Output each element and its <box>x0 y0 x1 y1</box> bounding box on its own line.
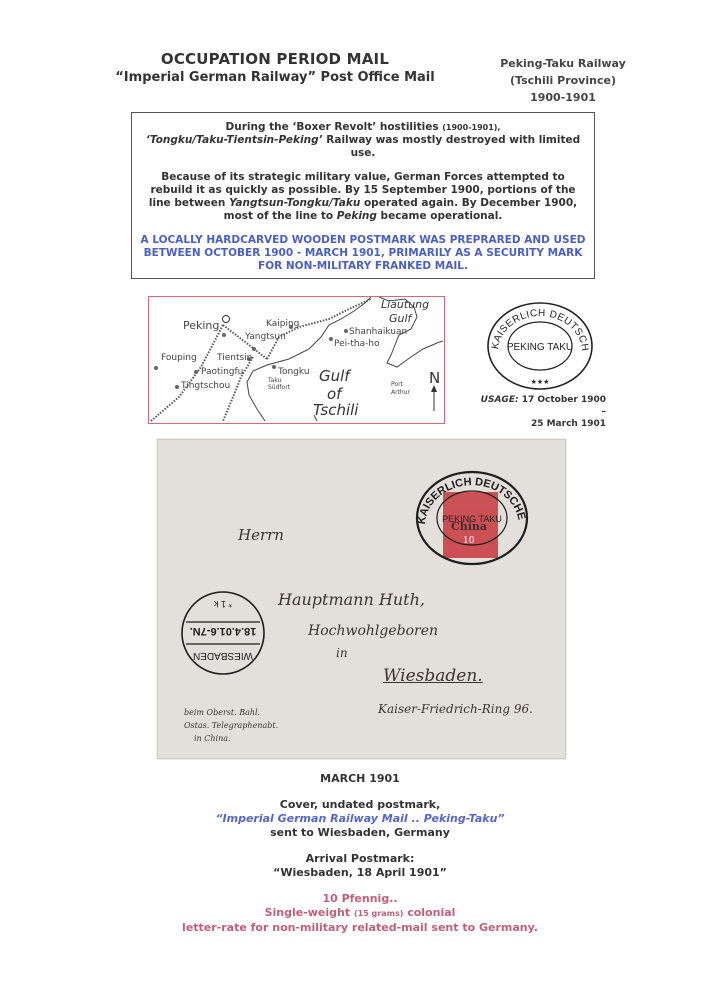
history-paragraph-2: Because of its strategic military value,… <box>132 171 594 223</box>
page-subtitle: “Imperial German Railway” Post Office Ma… <box>110 70 440 85</box>
railway-name: Peking-Taku Railway <box>478 55 648 72</box>
page-title: OCCUPATION PERIOD MAIL <box>130 50 420 68</box>
map-label-kaiping: Kaiping <box>266 319 299 329</box>
railway-map: Peking Kaiping Yangtsun Liautung Gulf Sh… <box>148 296 445 424</box>
postmark-center-text: PEKING TAKU <box>507 342 573 353</box>
svg-text:* 1 k: * 1 k <box>213 599 232 609</box>
svg-text:WIESBADEN: WIESBADEN <box>193 650 253 661</box>
destination-city: Wiesbaden. <box>383 666 483 686</box>
sender-line-3: in China. <box>194 734 231 743</box>
text: Railway was mostly destroyed with limite… <box>323 134 580 159</box>
map-label-liautung-gulf: Gulf <box>389 312 411 325</box>
postmark-illustration: KAISERLICH DEUTSCHE BAHNPOST PEKING TAKU… <box>484 300 596 392</box>
cover-description: MARCH 1901 Cover, undated postmark, “Imp… <box>140 772 580 947</box>
years: (1900-1901), <box>442 123 500 132</box>
route-name: ‘Tongku/Taku-Tientsin-Peking’ <box>146 134 323 146</box>
addressee-name: Hauptmann Huth, <box>278 590 425 609</box>
province: (Tschili Province) <box>478 72 648 89</box>
rate-amount: 10 Pfennig.. <box>322 892 397 905</box>
street-address: Kaiser-Friedrich-Ring 96. <box>378 702 533 716</box>
postmark-oval-icon: KAISERLICH DEUTSCHE BAHNPOST PEKING TAKU… <box>484 300 596 392</box>
postmark-stars: ★★★ <box>531 378 550 386</box>
addressee-honorific: Hochwohlgeboren <box>308 623 438 639</box>
header-right-info: Peking-Taku Railway (Tschili Province) 1… <box>478 55 648 106</box>
map-label-peking: Peking <box>183 319 219 332</box>
period: 1900-1901 <box>478 89 648 106</box>
postmark-name: “Imperial German Railway Mail .. Peking-… <box>215 812 504 825</box>
city-name: Peking <box>337 210 377 222</box>
railway-postmark-icon: KAISERLICH DEUTSCHE BAHNPOST PEKING TAKU <box>413 468 531 568</box>
arrival-label: Arrival Postmark: <box>306 852 415 865</box>
route-name: Yangtsun-Tongku/Taku <box>229 197 360 209</box>
svg-text:PEKING TAKU: PEKING TAKU <box>442 514 502 524</box>
history-info-box: During the ‘Boxer Revolt’ hostilities (1… <box>131 112 595 279</box>
map-label-tientsin: Tientsin <box>217 353 252 363</box>
arrival-value: “Wiesbaden, 18 April 1901” <box>273 866 447 879</box>
text: sent to Wiesbaden, Germany <box>270 826 450 839</box>
map-label-port: Port <box>391 381 403 388</box>
usage-end: 25 March 1901 <box>478 418 606 430</box>
text: Single-weight <box>265 906 354 919</box>
sender-line-2: Ostas. Telegraphenabt. <box>184 721 278 730</box>
map-label-taku: Taku <box>268 377 281 384</box>
usage-dates: USAGE: 17 October 1900 – 25 March 1901 <box>478 394 606 430</box>
arrival-postmark-icon: 18.4.01.6-7N. WIESBADEN * 1 k <box>178 588 268 678</box>
usage-start: 17 October 1900 – <box>519 395 606 417</box>
postmark-note: A LOCALLY HARDCARVED WOODEN POSTMARK WAS… <box>132 234 594 273</box>
svg-text:18.4.01.6-7N.: 18.4.01.6-7N. <box>190 625 257 637</box>
map-label-gulf: Gulf <box>319 367 350 385</box>
text: colonial <box>403 906 455 919</box>
map-label-fouping: Fouping <box>161 353 197 363</box>
map-label-tingtschou: Tingtschou <box>181 381 230 391</box>
cover-details: Cover, undated postmark, “Imperial Germa… <box>140 798 580 840</box>
map-label-yangtsun: Yangtsun <box>245 332 286 342</box>
map-label-tschili: Tschili <box>313 401 358 419</box>
map-label-tongku: Tongku <box>278 367 310 377</box>
arrival-info: Arrival Postmark: “Wiesbaden, 18 April 1… <box>140 852 580 880</box>
map-label-arthur: Arthur <box>391 389 410 396</box>
map-label-paotingfu: Paotingfu <box>201 367 243 377</box>
weight: (15 grams) <box>354 909 403 918</box>
cover-date: MARCH 1901 <box>140 772 580 786</box>
text: During the ‘Boxer Revolt’ hostilities <box>226 121 443 133</box>
map-label-shanhaikuan: Shanhaikuan <box>349 327 407 337</box>
sender-line-1: beim Oberst. Bahl. <box>184 708 260 717</box>
usage-label: USAGE: <box>481 395 519 405</box>
postal-cover: 10 China KAISERLICH DEUTSCHE BAHNPOST PE… <box>157 439 566 759</box>
north-indicator: N <box>429 369 440 387</box>
map-label-sudfort: Südfort <box>268 384 290 391</box>
text: Cover, undated postmark, <box>280 798 441 811</box>
map-label-pei-tha-ho: Pei-tha-ho <box>334 339 380 349</box>
addressee-in: in <box>336 646 348 660</box>
text: became operational. <box>377 210 502 222</box>
postage-rate: 10 Pfennig.. Single-weight (15 grams) co… <box>140 892 580 935</box>
addressee-title: Herrn <box>238 526 284 544</box>
history-paragraph-1: During the ‘Boxer Revolt’ hostilities (1… <box>132 121 594 160</box>
text: letter-rate for non-military related-mai… <box>182 921 538 934</box>
map-label-liautung: Liautung <box>381 298 429 311</box>
